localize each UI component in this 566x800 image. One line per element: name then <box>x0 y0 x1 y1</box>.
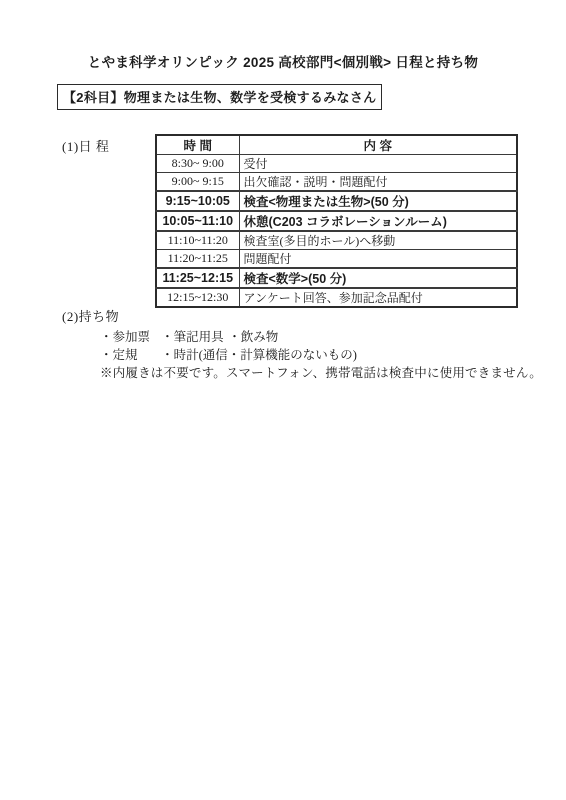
belonging-item-watch: ・時計(通信・計算機能のないもの) <box>161 345 357 363</box>
content-cell: 検査<物理または生物>(50 分) <box>239 191 517 211</box>
time-column-header: 時 間 <box>156 135 239 155</box>
time-cell: 11:25~12:15 <box>156 268 239 288</box>
schedule-row: 11:20~11:25 問題配付 <box>156 250 517 269</box>
schedule-row-exam-math: 11:25~12:15 検査<数学>(50 分) <box>156 268 517 288</box>
time-cell: 11:10~11:20 <box>156 231 239 250</box>
belonging-item-ruler: ・定規 <box>100 345 158 363</box>
time-cell: 10:05~11:10 <box>156 211 239 231</box>
belongings-line-2: ・定規 ・時計(通信・計算機能のないもの) <box>100 345 357 363</box>
content-cell: 休憩(C203 コラボレーションルーム) <box>239 211 517 231</box>
time-cell: 11:20~11:25 <box>156 250 239 269</box>
time-cell: 8:30~ 9:00 <box>156 155 239 173</box>
content-cell: アンケート回答、参加記念品配付 <box>239 288 517 307</box>
time-cell: 12:15~12:30 <box>156 288 239 307</box>
schedule-row: 8:30~ 9:00 受付 <box>156 155 517 173</box>
section-1-schedule-label: (1)日 程 <box>62 136 109 155</box>
belongings-line-1: ・参加票 ・筆記用具 ・飲み物 <box>100 327 278 345</box>
content-cell: 受付 <box>239 155 517 173</box>
time-cell: 9:15~10:05 <box>156 191 239 211</box>
time-cell: 9:00~ 9:15 <box>156 173 239 192</box>
content-cell: 問題配付 <box>239 250 517 269</box>
document-title: とやま科学オリンピック 2025 高校部門<個別戦> 日程と持ち物 <box>0 51 566 71</box>
schedule-table: 時 間 内 容 8:30~ 9:00 受付 9:00~ 9:15 出欠確認・説明… <box>155 134 518 308</box>
schedule-row: 12:15~12:30 アンケート回答、参加記念品配付 <box>156 288 517 307</box>
content-cell: 出欠確認・説明・問題配付 <box>239 173 517 192</box>
schedule-row-break: 10:05~11:10 休憩(C203 コラボレーションルーム) <box>156 211 517 231</box>
content-cell: 検査室(多目的ホール)へ移動 <box>239 231 517 250</box>
schedule-row-exam-physics-biology: 9:15~10:05 検査<物理または生物>(50 分) <box>156 191 517 211</box>
belonging-item-writing-tools: ・筆記用具 <box>161 327 225 345</box>
subject-section-box: 【2科目】物理または生物、数学を受検するみなさん <box>57 84 382 110</box>
schedule-header-row: 時 間 内 容 <box>156 135 517 155</box>
belonging-item-ticket: ・参加票 <box>100 327 158 345</box>
schedule-row: 9:00~ 9:15 出欠確認・説明・問題配付 <box>156 173 517 192</box>
belongings-note: ※内履きは不要です。スマートフォン、携帯電話は検査中に使用できません。 <box>100 363 542 381</box>
document-page: とやま科学オリンピック 2025 高校部門<個別戦> 日程と持ち物 【2科目】物… <box>0 0 566 800</box>
content-cell: 検査<数学>(50 分) <box>239 268 517 288</box>
content-column-header: 内 容 <box>239 135 517 155</box>
section-2-belongings-label: (2)持ち物 <box>62 306 119 325</box>
schedule-row: 11:10~11:20 検査室(多目的ホール)へ移動 <box>156 231 517 250</box>
belonging-item-drink: ・飲み物 <box>228 327 278 345</box>
